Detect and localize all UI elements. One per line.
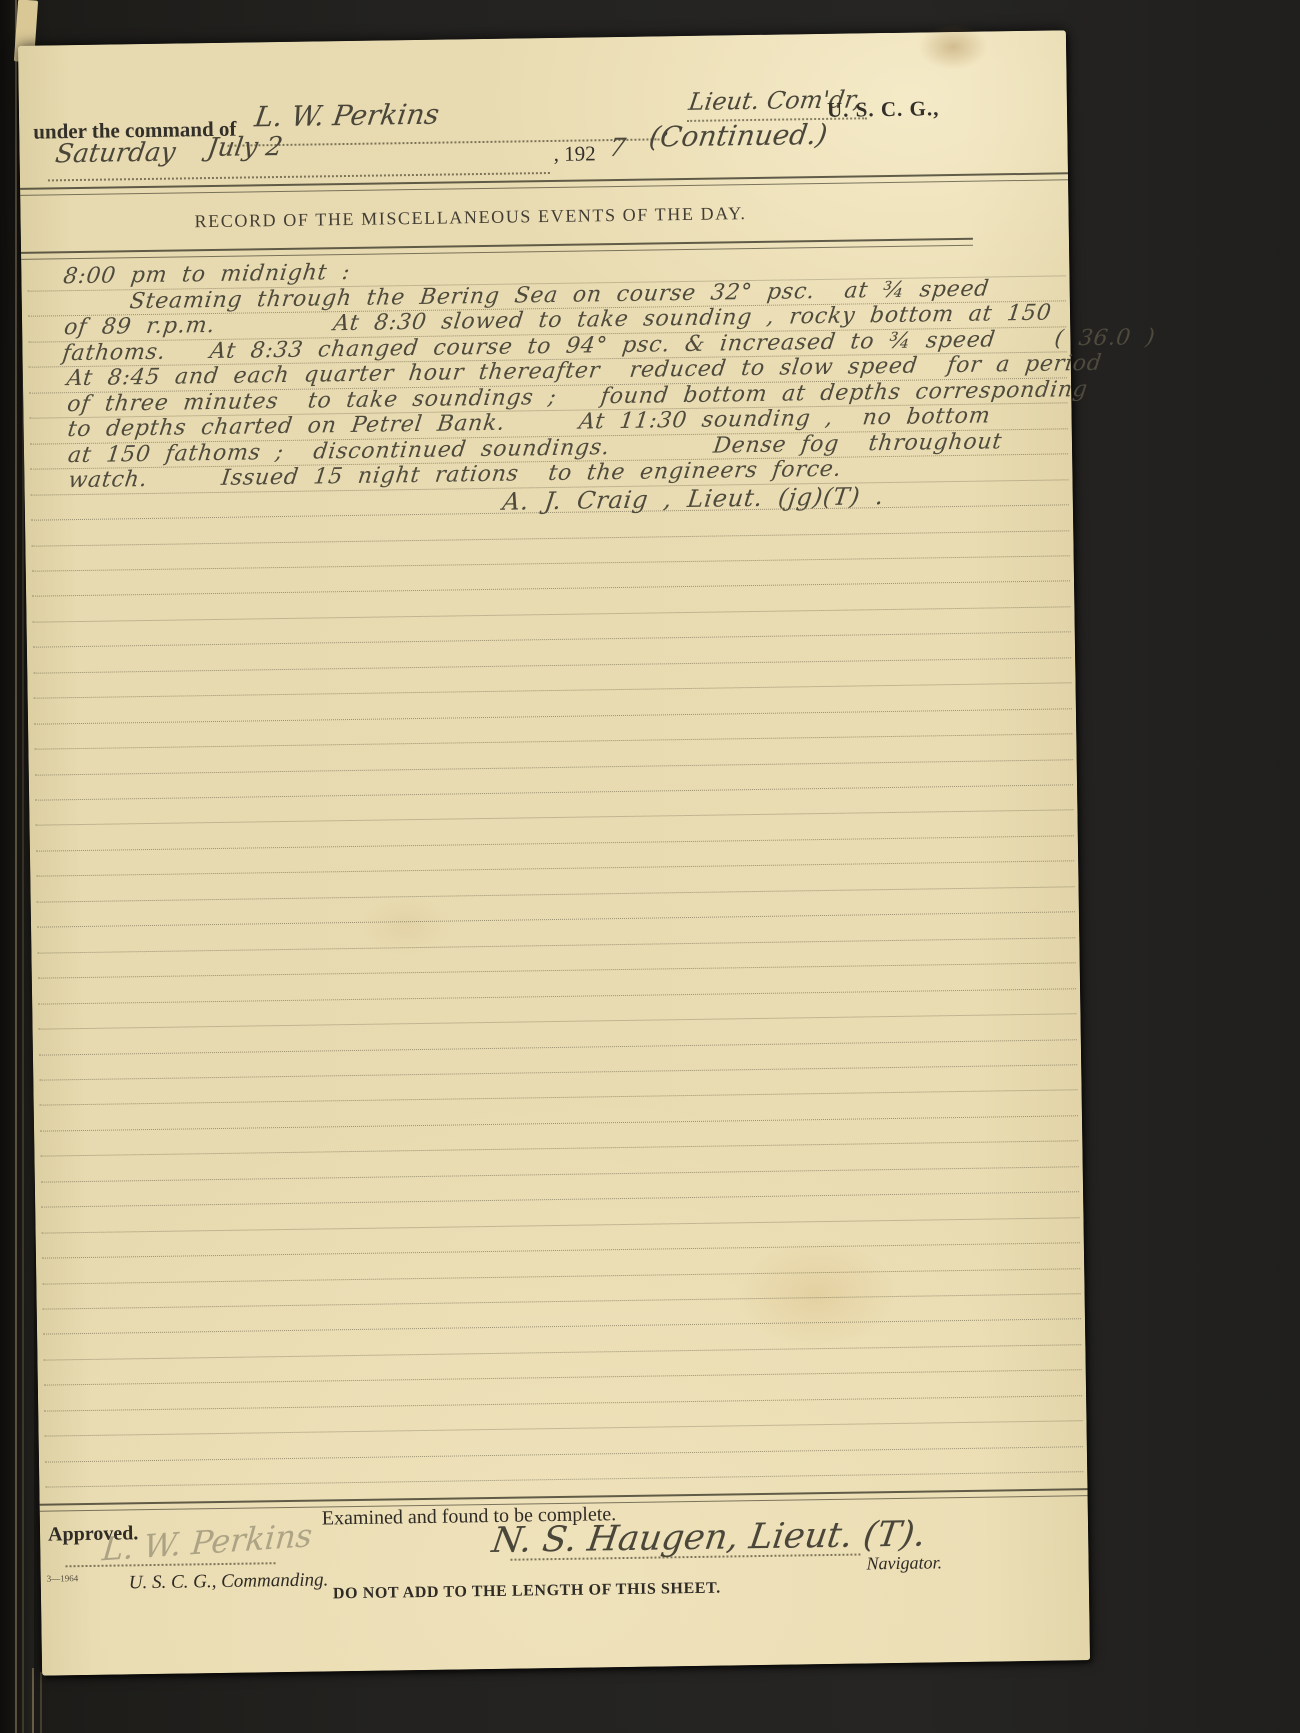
ruled-line [38, 988, 1076, 1004]
ruled-lines [18, 30, 1066, 46]
service-label: U. S. C. G., [827, 96, 940, 123]
length-warning: DO NOT ADD TO THE LENGTH OF THIS SHEET. [333, 1580, 721, 1604]
ruled-line [43, 1344, 1081, 1360]
entry-time-heading: 8:00 pm to midnight : [63, 260, 350, 289]
ruled-line [35, 759, 1073, 775]
ruled-line [42, 1242, 1080, 1258]
ruled-line [32, 555, 1070, 571]
ruled-line [39, 1039, 1077, 1055]
ruled-line [44, 1370, 1082, 1386]
ruled-line [40, 1115, 1078, 1131]
title-divider [21, 238, 973, 260]
continued-note-handwritten: (Continued.) [649, 118, 827, 154]
ruled-line [39, 1064, 1077, 1080]
logbook-page: under the command of L. W. Perkins , Lie… [18, 30, 1090, 1675]
navigator-signature-line [510, 1522, 860, 1561]
ruled-line [44, 1395, 1082, 1411]
navigator-label: Navigator. [866, 1552, 942, 1574]
ruled-line [36, 810, 1074, 826]
section-title: RECORD OF THE MISCELLANEOUS EVENTS OF TH… [20, 200, 920, 234]
year-digit-handwritten: 7 [609, 133, 625, 162]
ruled-line [45, 1471, 1083, 1487]
ruled-line [33, 632, 1071, 648]
page-stain [918, 23, 989, 70]
ruled-line [43, 1319, 1081, 1335]
ruled-line [31, 530, 1069, 546]
ruled-line [34, 733, 1072, 749]
ruled-line [37, 912, 1075, 928]
page-edge-line [15, 0, 17, 1733]
day-handwritten: Saturday [55, 138, 175, 170]
binding-stitch [32, 1668, 34, 1733]
binding-stitch [40, 1672, 42, 1733]
ruled-line [40, 1141, 1078, 1157]
ruled-line [43, 1293, 1081, 1309]
ruled-line [42, 1268, 1080, 1284]
ruled-line [33, 606, 1071, 622]
ruled-line [36, 835, 1074, 851]
ruled-line [39, 1013, 1077, 1029]
ruled-line [41, 1191, 1079, 1207]
ruled-line [45, 1420, 1083, 1436]
ruled-line [35, 784, 1073, 800]
form-number: 3—1964 [47, 1573, 79, 1583]
date-handwritten: July 2 [207, 132, 282, 163]
ruled-line [38, 962, 1076, 978]
page-stain [736, 1238, 898, 1350]
ruled-line [45, 1446, 1083, 1462]
ruled-line [34, 708, 1072, 724]
ruled-line [40, 1090, 1078, 1106]
ruled-line [32, 581, 1070, 597]
entry-signature: A. J. Craig , Lieut. (jg)(T) . [503, 482, 885, 516]
commanding-label: U. S. C. G., Commanding. [129, 1569, 329, 1594]
ruled-line [41, 1166, 1079, 1182]
ruled-line [36, 861, 1074, 877]
approved-signature-line [65, 1528, 276, 1567]
year-printed: , 192 [553, 141, 595, 167]
ruled-line [37, 886, 1075, 902]
ruled-line [34, 682, 1072, 698]
commander-name-handwritten: L. W. Perkins [255, 98, 439, 134]
ruled-line [33, 657, 1071, 673]
ruled-line [42, 1217, 1080, 1233]
ruled-line [37, 937, 1075, 953]
